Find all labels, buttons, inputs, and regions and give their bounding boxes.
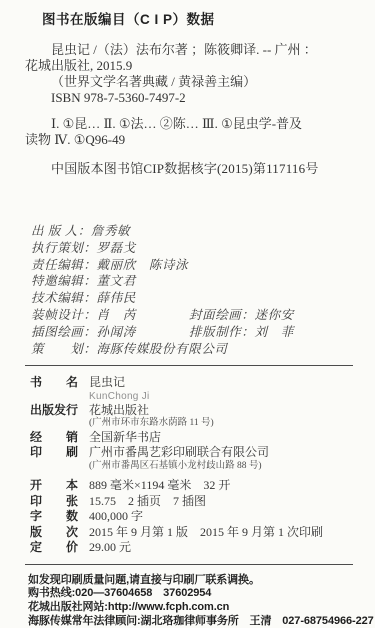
website-line: 花城出版社网站:http://www.fcph.com.cn [28, 601, 367, 615]
credit-value: 刘 菲 [255, 324, 294, 341]
colophon-row-publisher: 出版发行 花城出版社 [30, 403, 365, 419]
cip-heading: 图书在版编目（C I P）数据 [42, 12, 353, 28]
colophon-row-format: 开 本 889 毫米×1194 毫米 32 开 [30, 478, 365, 494]
colophon-row-word-count: 字 数 400,000 字 [30, 509, 365, 525]
colophon-row-price: 定 价 29.00 元 [30, 540, 365, 556]
copyright-page: 图书在版编目（C I P）数据 昆虫记 /（法）法布尔著 ；陈筱卿译. -- 广… [0, 0, 375, 628]
footer-notices: 如发现印刷质量问题,请直接与印刷厂联系调换。 购书热线:020—37604658… [28, 574, 367, 628]
colophon-label: 定 价 [30, 540, 80, 556]
colophon-row-distribution: 经 销 全国新华书店 [30, 430, 365, 446]
colophon-value: 花城出版社 [89, 403, 149, 419]
colophon-row-book-title: 书 名 昆虫记 [30, 375, 365, 391]
credit-pair-typesetting: 排版制作： 刘 菲 [189, 324, 294, 341]
credits-section: 出 版 人： 詹秀敏 执行策划： 罗磊戈 责任编辑： 戴丽欣 陈诗泳 特邀编辑：… [31, 223, 365, 357]
colophon-row-edition: 版 次 2015 年 9 月第 1 版 2015 年 9 月第 1 次印刷 [30, 525, 365, 541]
credit-row-publisher: 出 版 人： 詹秀敏 [31, 223, 365, 240]
colophon-value: 昆虫记 [89, 375, 125, 391]
credit-label: 排版制作： [189, 324, 255, 341]
colophon-label: 版 次 [30, 525, 80, 541]
cip-isbn-line: ISBN 978-7-5360-7497-2 [25, 90, 353, 106]
credit-label: 插图绘画： [31, 324, 97, 341]
credit-label: 封面绘画： [189, 307, 255, 324]
colophon-value: 广州市番禺艺彩印刷联合有限公司 [89, 445, 269, 461]
credit-label: 技术编辑： [31, 290, 97, 307]
credit-value: 海豚传媒股份有限公司 [97, 341, 228, 358]
cip-series-line: （世界文学名著典藏 / 黄禄善主编） [25, 74, 353, 90]
credit-row-design-cover: 装帧设计： 肖 芮 封面绘画： 迷你安 [31, 307, 365, 324]
credit-value: 迷你安 [255, 307, 294, 324]
cip-title-line-1: 昆虫记 /（法）法布尔著 ；陈筱卿译. -- 广州 ： [25, 42, 353, 58]
credit-value: 詹秀敏 [91, 223, 130, 240]
credit-value: 肖 芮 [97, 307, 136, 324]
colophon-value: 400,000 字 [89, 509, 143, 525]
credit-label: 出 版 人： [31, 223, 91, 240]
credit-row-illustration-typeset: 插图绘画： 孙闻涛 排版制作： 刘 菲 [31, 324, 365, 341]
colophon-value: 889 毫米×1194 毫米 32 开 [89, 478, 230, 494]
credit-label: 责任编辑： [31, 257, 97, 274]
colophon-printer-address: (广州市番禺区石基镇小龙村歧山路 88 号) [89, 461, 365, 473]
cip-classification-line-1: Ⅰ. ①昆… Ⅱ. ①法… ②陈… Ⅲ. ①昆虫学-普及 [25, 116, 353, 132]
section-divider-top [25, 365, 353, 366]
colophon-value: 全国新华书店 [89, 430, 161, 446]
credit-value: 戴丽欣 陈诗泳 [97, 257, 189, 274]
colophon-label: 书 名 [30, 375, 80, 391]
credit-row-responsible-editor: 责任编辑： 戴丽欣 陈诗泳 [31, 257, 365, 274]
credit-value: 罗磊戈 [97, 240, 136, 257]
colophon-row-printer: 印 刷 广州市番禺艺彩印刷联合有限公司 [30, 445, 365, 461]
quality-notice-line: 如发现印刷质量问题,请直接与印刷厂联系调换。 [28, 574, 367, 588]
legal-counsel-line: 海豚传媒常年法律顾问:湖北珞珈律师事务所 王清 027-68754966-227 [28, 615, 367, 628]
colophon-label: 字 数 [30, 509, 80, 525]
credit-row-invited-editor: 特邀编辑： 董文君 [31, 273, 365, 290]
credit-label: 执行策划： [31, 240, 97, 257]
colophon-label: 开 本 [30, 478, 80, 494]
credit-pair-binding-design: 装帧设计： 肖 芮 [31, 307, 189, 324]
colophon-value: 29.00 元 [89, 540, 131, 556]
credit-value: 孙闻涛 [97, 324, 136, 341]
cip-classification-line-2: 读物 Ⅳ. ①Q96-49 [25, 132, 353, 148]
colophon-label: 出版发行 [30, 403, 80, 419]
credit-row-executive-planner: 执行策划： 罗磊戈 [31, 240, 365, 257]
colophon-value: 2015 年 9 月第 1 版 2015 年 9 月第 1 次印刷 [89, 525, 323, 541]
credit-pair-cover-art: 封面绘画： 迷你安 [189, 307, 294, 324]
credit-row-planning-company: 策 划： 海豚传媒股份有限公司 [31, 341, 365, 358]
colophon-section: 书 名 昆虫记 KunChong Ji 出版发行 花城出版社 (广州市环市东路水… [30, 375, 365, 556]
colophon-value: 15.75 2 插页 7 插图 [89, 494, 206, 510]
credit-label: 装帧设计： [31, 307, 97, 324]
credit-pair-illustration: 插图绘画： 孙闻涛 [31, 324, 189, 341]
colophon-label: 经 销 [30, 430, 80, 446]
credit-value: 董文君 [97, 273, 136, 290]
credit-label: 策 划： [31, 341, 97, 358]
cip-section: 图书在版编目（C I P）数据 昆虫记 /（法）法布尔著 ；陈筱卿译. -- 广… [25, 12, 353, 177]
colophon-label: 印 刷 [30, 445, 80, 461]
colophon-pinyin: KunChong Ji [89, 391, 365, 403]
cip-title-line-2: 花城出版社, 2015.9 [25, 58, 353, 74]
credit-row-technical-editor: 技术编辑： 薛伟民 [31, 290, 365, 307]
cip-record-line: 中国版本图书馆CIP数据核字(2015)第117116号 [25, 161, 353, 177]
credit-label: 特邀编辑： [31, 273, 97, 290]
credit-value: 薛伟民 [97, 290, 136, 307]
colophon-row-sheets: 印 张 15.75 2 插页 7 插图 [30, 494, 365, 510]
colophon-label: 印 张 [30, 494, 80, 510]
hotline-line: 购书热线:020—37604658 37602954 [28, 587, 367, 601]
colophon-publisher-address: (广州市环市东路水荫路 11 号) [89, 418, 365, 430]
section-divider-bottom [25, 564, 353, 565]
